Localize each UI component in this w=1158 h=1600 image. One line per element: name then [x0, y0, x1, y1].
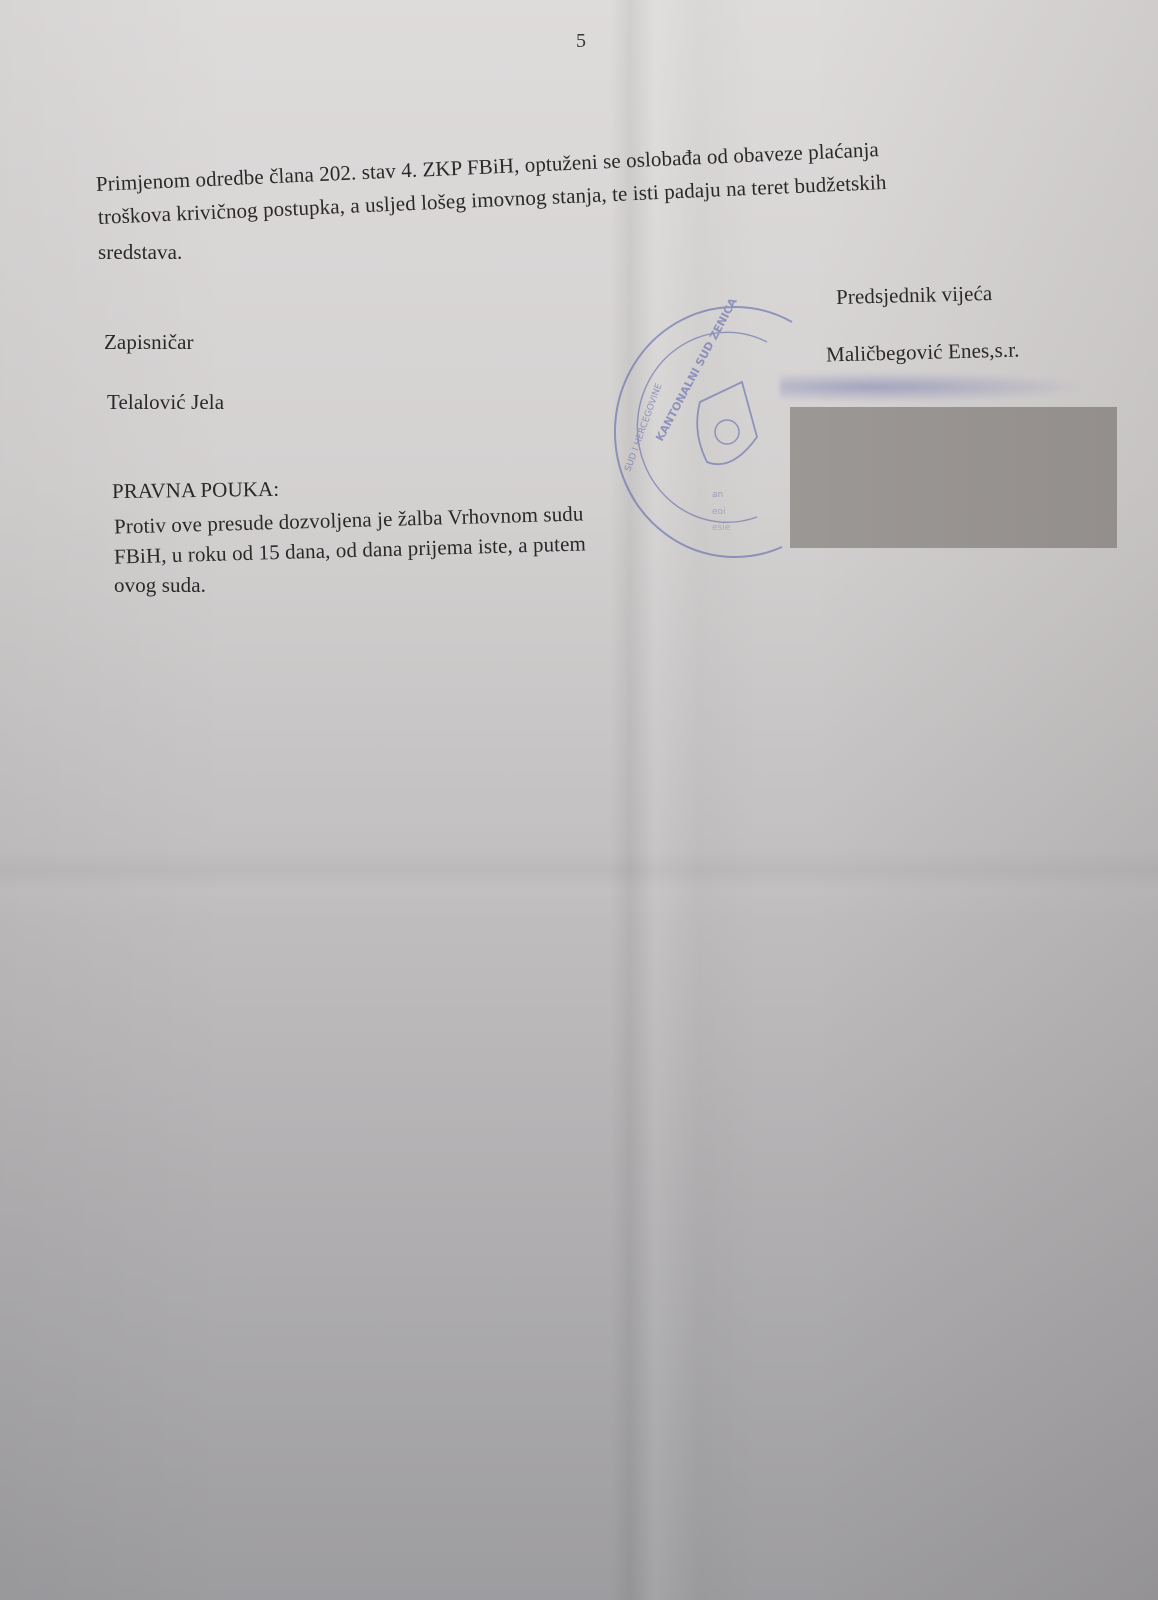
svg-text:eoi: eoi [712, 507, 726, 517]
svg-text:KANTONALNI SUD ZENICA: KANTONALNI SUD ZENICA [653, 295, 740, 443]
signature-stamp-ink [780, 372, 1090, 402]
svg-text:esie: esie [712, 523, 731, 533]
president-title: Predsjednik vijeća [836, 281, 993, 310]
legal-notice-line: FBiH, u roku od 15 dana, od dana prijema… [114, 533, 586, 567]
legal-notice-heading: PRAVNA POUKA: [112, 477, 280, 504]
svg-text:an: an [712, 490, 723, 500]
paragraph-line: sredstava. [98, 240, 182, 265]
svg-text:SUD I HERCEGOVINE: SUD I HERCEGOVINE [623, 382, 664, 473]
redaction-box [790, 407, 1117, 548]
document-page: 5 Primjenom odredbe člana 202. stav 4. Z… [0, 0, 1158, 1600]
legal-notice-line: ovog suda. [114, 575, 206, 596]
clerk-title: Zapisničar [104, 330, 194, 355]
president-name: Maličbegović Enes,s.r. [826, 337, 1020, 367]
court-stamp-icon: KANTONALNI SUD ZENICA SUD I HERCEGOVINE … [582, 282, 812, 562]
page-number: 5 [576, 30, 586, 53]
clerk-name: Telalović Jela [107, 390, 224, 415]
